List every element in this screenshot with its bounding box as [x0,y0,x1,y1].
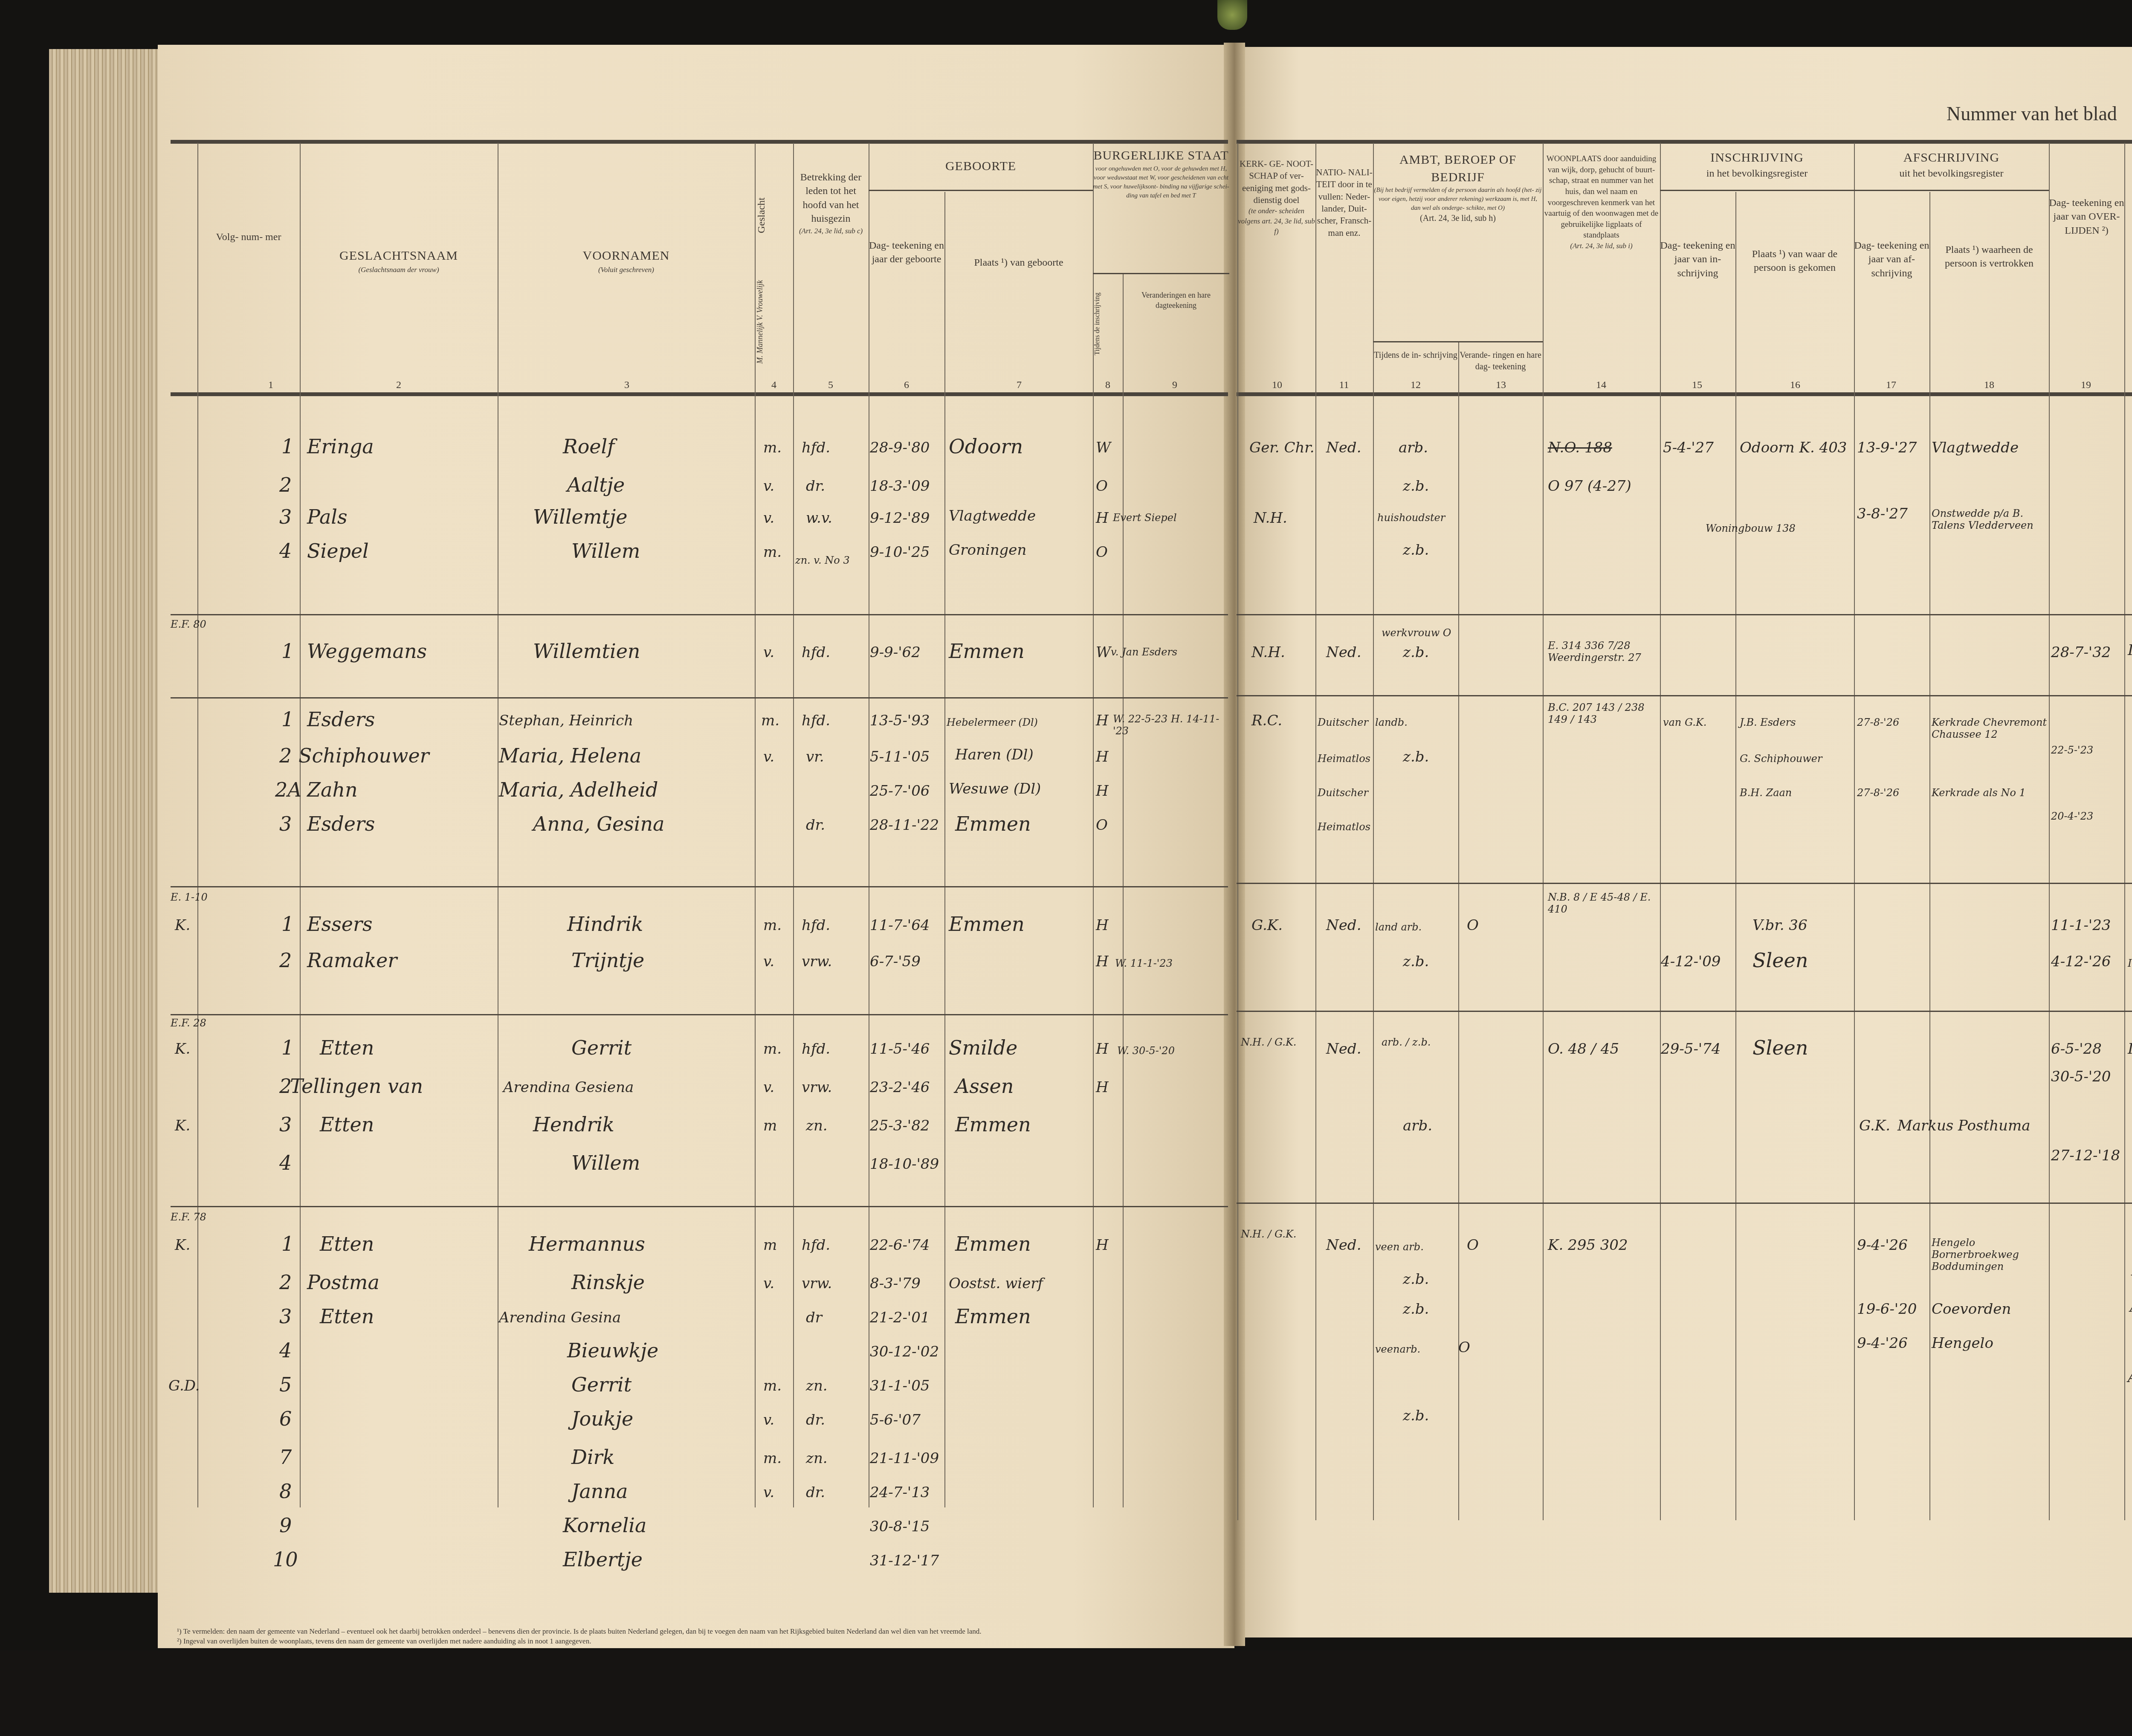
background [0,1650,2132,1736]
sex: v. [763,644,774,661]
household-reference: E.F. 28 [171,1017,206,1029]
relation: zn. [806,1450,828,1467]
birth-date: 23-2-'46 [870,1079,930,1096]
header-ambt: AMBT, BEROEP OF BEDRIJF(Bij het bedrijf … [1373,151,1543,224]
given-names: Stephan, Heinrich [499,712,633,729]
sex: v. [763,478,774,495]
bookmark-ribbon [1217,0,1247,30]
destination-place: Onstwedde p/a B. Talens Vledderveen [1932,507,2051,531]
birth-place: Wesuwe (Dl) [949,780,1041,797]
sheet-number-label: Nummer van het blad [1947,102,2117,125]
colnum-5: 5 [818,380,843,391]
right-page [1234,47,2132,1637]
entry-number: 2 [279,949,292,972]
sex: m. [763,1450,782,1467]
entry-mark: K. [175,917,190,934]
origin-place: V.br. 36 [1753,917,1808,934]
destination-place: Hengelo Bornerbroekweg Boddumingen [1932,1237,2051,1272]
civil-status: H [1096,953,1109,970]
surname: Pals [307,505,348,528]
birth-date: 21-11-'09 [870,1450,939,1467]
sex: m. [763,439,782,456]
civil-status: W [1096,439,1111,456]
entry-number: 1 [281,435,294,458]
colnum-12: 12 [1403,380,1428,391]
address: N.B. 8 / E 45-48 / E. 410 [1548,891,1659,915]
civil-status-change: W. 11-1-'23 [1115,957,1173,969]
relation: hfd. [802,712,830,729]
nationality: Ned. [1326,917,1361,934]
given-names: Kornelia [563,1514,647,1537]
header-inschrijving: INSCHRIJVINGin het bevolkingsregister [1660,149,1854,180]
entry-number: 2 [279,473,292,496]
entry-number: 4 [279,1339,292,1362]
birth-date: 31-1-'05 [870,1377,930,1394]
birth-date: 25-3-'82 [870,1117,930,1134]
col-line [869,143,869,1507]
birth-place: Assen [955,1075,1014,1098]
relation: hfd. [802,917,830,934]
given-names: Willem [571,1151,640,1174]
given-names: Willem [571,539,640,562]
origin-place: J.B. Esders [1740,716,1796,728]
household-reference: E.F. 80 [171,618,206,630]
household-divider [171,1206,1228,1207]
death-date: 20-4-'23 [2051,810,2093,822]
relation: w.v. [806,510,832,527]
entry-number: 3 [279,812,292,835]
nationality: Ned. [1326,1040,1361,1058]
surname: Essers [307,913,373,936]
remarks: I.N.V. " [2128,957,2132,969]
colnum-4: 4 [761,380,787,391]
surname: Ramaker [307,949,397,972]
header-col-9: Veranderingen en hare dagteekening [1123,290,1229,311]
nationality: Ned. [1326,644,1361,661]
address: O. 48 / 45 [1548,1040,1619,1058]
death-date: 11-1-'23 [2051,917,2111,934]
entry-number: 5 [279,1373,292,1396]
nationality: Heimatlos [1318,821,1370,833]
colnum-14: 14 [1588,380,1614,391]
household-divider [1237,1203,2132,1204]
deregistration-date: G.K. [1859,1117,1890,1134]
header-col-10: KERK- GE- NOOT- SCHAP of ver- eeniging m… [1237,158,1315,237]
birth-place: Emmen [949,640,1025,663]
household-divider [171,1014,1228,1015]
civil-status-change: W. 22-5-23 H. 14-11-'23 [1113,713,1228,737]
church: R.C. [1251,712,1282,729]
church: N.H. [1254,510,1287,527]
household-divider [1237,695,2132,696]
birth-date: 11-7-'64 [870,917,930,934]
footnote-2: ²) Ingeval van overlijden buiten de woon… [177,1637,987,1646]
colnum-15: 15 [1684,380,1710,391]
household-reference: E. 1-10 [171,891,208,903]
surname: Zahn [307,778,358,801]
birth-date: 13-5-'93 [870,712,930,729]
header-bottom-rule [171,392,1228,396]
entry-number: 2 [279,1271,292,1294]
occupation: z.b. [1403,478,1429,495]
header-col-2: GESLACHTSNAAM(Geslachtsnaam der vrouw) [300,247,498,275]
sex: v. [763,953,774,970]
col-line [1854,143,1855,1520]
colnum-18: 18 [1976,380,2002,391]
household-divider [1237,883,2132,884]
destination-place: Kerkrade als No 1 [1932,787,2026,799]
given-names: Willemtje [533,505,627,528]
address: E. 314 336 7/28 Weerdingerstr. 27 [1548,640,1659,664]
origin-place: G. Schiphouwer [1740,753,1822,765]
civil-status: O [1096,478,1108,495]
col-line [944,192,945,1507]
birth-date: 30-12-'02 [870,1343,939,1360]
header-geboorte: GEBOORTE [869,158,1093,175]
col-line [2124,143,2125,1520]
occupation: veenarb. [1375,1343,1420,1355]
given-names: Hermannus [529,1232,645,1255]
header-top-rule [171,140,1228,144]
col-line [1315,143,1316,1520]
entry-number: 1 [281,1232,294,1255]
entry-mark: K. [175,1117,190,1134]
col-line [1929,192,1930,1520]
occupation: z.b. [1403,1407,1429,1424]
occupation: arb. [1399,439,1428,456]
header-col-7: Plaats ¹) van geboorte [944,256,1093,270]
deregistration-date: 19-6-'20 [1857,1301,1917,1318]
occupation: arb. / z.b. [1382,1036,1431,1048]
church: Ger. Chr. [1249,439,1315,456]
nationality: Heimatlos [1318,753,1370,765]
surname: Etten [320,1232,374,1255]
relation: hfd. [802,1237,830,1254]
colnum-2: 2 [386,380,411,391]
birth-date: 8-3-'79 [870,1275,921,1292]
origin-place: Sleen [1753,1036,1808,1059]
civil-status-change: Evert Siepel [1113,512,1177,524]
col-line [197,143,198,1507]
birth-date: 28-11-'22 [870,817,939,834]
book-page-edges [49,49,160,1593]
surname: Etten [320,1036,374,1059]
group-rule [1660,190,1854,191]
group-rule [1093,273,1229,274]
household-divider [171,614,1228,615]
given-names: Joukje [571,1407,633,1430]
civil-status: O [1096,817,1108,834]
destination-place: Markus Posthuma [1897,1117,2030,1134]
colnum-10: 10 [1264,380,1290,391]
birth-date: 30-8-'15 [870,1518,930,1535]
civil-status-change: W. 30-5-'20 [1117,1045,1175,1057]
given-names: Arendina Gesina [499,1309,621,1326]
birth-place: Emmen [955,1113,1031,1136]
registration-date: 5-4-'27 [1663,439,1714,456]
nationality: Duitscher [1318,787,1368,799]
sex: m. [763,917,782,934]
civil-status: O [1096,544,1108,561]
birth-date: 21-2-'01 [870,1309,930,1326]
death-date: 22-5-'23 [2051,744,2093,756]
death-date: 6-5-'28 [2051,1040,2102,1058]
entry-number: 1 [281,1036,294,1059]
col-line [1735,192,1736,1520]
birth-place: Haren (Dl) [955,746,1034,763]
entry-number: 1 [281,913,294,936]
birth-date: 25-7-'06 [870,783,930,800]
church: N.H. / G.K. [1241,1228,1297,1240]
sex: v. [763,1275,774,1292]
relation: dr [806,1309,822,1326]
col-line [793,143,794,1507]
relation: vrw. [802,953,832,970]
birth-place: Odoorn [949,435,1023,458]
household-divider [171,697,1228,698]
given-names: Trijntje [571,949,644,972]
surname: Tellingen van [277,1075,423,1098]
relation: zn. [806,1117,828,1134]
civil-status: H [1096,510,1109,527]
given-names: Willemtien [533,640,640,663]
surname: Etten [320,1305,374,1328]
birth-place: Emmen [955,1305,1031,1328]
header-col-13: Verande- ringen en hare dag- teekening [1458,350,1543,373]
birth-place: Smilde [949,1036,1017,1059]
deregistration-date: 27-8-'26 [1857,787,1899,799]
sex: m. [763,1040,782,1058]
colnum-1: 1 [258,380,284,391]
birth-place: Hebelermeer (Dl) [947,716,1038,728]
book-gutter [1224,43,1245,1646]
deregistration-date: 9-4-'26 [1857,1335,1908,1352]
birth-place: Emmen [955,812,1031,835]
deregistration-date: 13-9-'27 [1857,439,1917,456]
header-col-20: AAN- MERKINGEN(Art. 24, 5e lid) [2124,226,2132,257]
household-divider [1237,1011,2132,1012]
relation: hfd. [802,1040,830,1058]
civil-status-change: v. Jan Esders [1111,646,1177,658]
birth-date: 6-7-'59 [870,953,921,970]
household-reference: E.F. 78 [171,1211,206,1223]
surname: Siepel [307,539,369,562]
death-date: 4-12-'26 [2051,953,2111,970]
header-col-15: Dag- teekening en jaar van in- schrijvin… [1660,239,1735,280]
church: G.K. [1251,917,1283,934]
header-col-18: Plaats ¹) waarheen de persoon is vertrok… [1929,243,2049,271]
destination-place: Kerkrade Chevremont Chaussee 12 [1932,716,2051,740]
registration-date: 29-5-'74 [1661,1040,1721,1058]
group-rule [1373,341,1543,342]
occupation: z.b. [1403,542,1429,559]
header-col-14: WOONPLAATS door aanduiding van wijk, dor… [1543,154,1660,251]
relation: hfd. [802,644,830,661]
nationality: Ned. [1326,439,1361,456]
civil-status: H [1096,917,1109,934]
nationality: Duitscher [1318,716,1368,728]
header-afschrijving: AFSCHRIJVINGuit het bevolkingsregister [1854,149,2049,180]
remarks: I.N.V. Acc [2128,1040,2132,1058]
entry-mark: K. [175,1040,190,1058]
remarks: A.K. " [2128,1369,2132,1386]
entry-number: 1 [281,640,294,663]
surname: Eringa [307,435,374,458]
origin-place: B.H. Zaan [1740,787,1792,799]
entry-number: 6 [279,1407,292,1430]
birth-date: 9-12-'89 [870,510,930,527]
relation: zn. [806,1377,828,1394]
entry-number: 8 [279,1480,292,1503]
sex: m. [763,544,782,561]
death-date: 30-5-'20 [2051,1068,2111,1085]
given-names: Gerrit [571,1036,631,1059]
relation: vrw. [802,1275,832,1292]
civil-status: H [1096,712,1109,729]
occupation: land arb. [1375,921,1422,933]
birth-place: Oostst. wierf [949,1275,1043,1292]
birth-date: 18-10-'89 [870,1156,939,1173]
entry-number: 4 [279,1151,292,1174]
address: K. 295 302 [1548,1237,1628,1254]
occupation: z.b. [1403,644,1429,661]
footnote-1: ¹) Te vermelden: den naam der gemeente v… [177,1627,987,1637]
civil-status: H [1096,748,1109,765]
entry-number: 3 [279,1113,292,1136]
birth-date: 31-12-'17 [870,1552,939,1569]
deregistration-date: 27-8-'26 [1857,716,1899,728]
address: B.C. 207 143 / 238 149 / 143 [1548,701,1659,725]
church: N.H. / G.K. [1241,1036,1297,1048]
occupation: z.b. [1403,748,1429,765]
nationality: Ned. [1326,1237,1361,1254]
birth-date: 9-9-'62 [870,644,921,661]
entry-number: 7 [279,1446,292,1469]
civil-status: H [1096,1079,1109,1096]
group-rule [1854,190,2049,191]
header-col-1: Volg- num- mer [197,230,300,244]
relation: dr. [806,478,825,495]
origin-place: Woningbouw 138 [1706,522,1796,534]
sex: v. [763,1411,774,1429]
civil-status: H [1096,1237,1109,1254]
header-col-17: Dag- teekening en jaar van af- schrijvin… [1854,239,1929,280]
entry-number: 2 [279,744,292,767]
given-names: Roelf [563,435,614,458]
header-col-6: Dag- teekening en jaar der geboorte [869,239,944,267]
relation: vrw. [802,1079,832,1096]
colnum-11: 11 [1331,380,1357,391]
birth-place: Emmen [955,1232,1031,1255]
sex: v. [763,510,774,527]
birth-date: 5-11-'05 [870,748,930,765]
destination-place: Hengelo [1932,1335,1993,1352]
address: O 97 (4-27) [1548,478,1631,495]
relation: hfd. [802,439,830,456]
occupation: z.b. [1403,1271,1429,1288]
header-col-4-sub: M. Mannelijk V. Vrouwelijk [755,273,793,371]
birth-date: 18-3-'09 [870,478,930,495]
surname: Esders [307,708,375,731]
colnum-6: 6 [894,380,919,391]
destination-place: Coevorden [1932,1301,2011,1318]
colnum-9: 9 [1162,380,1188,391]
household-divider [171,886,1228,887]
deregistration-date: 9-4-'26 [1857,1237,1908,1254]
given-names: Rinskje [571,1271,645,1294]
entry-number: 1 [281,708,294,731]
col-line [2049,143,2050,1520]
col-line [1237,143,1238,1520]
header-bottom-rule-right [1237,392,2132,396]
origin-place: Odoorn K. 403 [1740,439,1847,456]
remarks: I.N.V. Acc [2128,642,2132,659]
origin-place: Sleen [1753,949,1808,972]
col-line [300,143,301,1507]
header-col-11: NATIO- NALI- TEIT door in te vullen: Ned… [1315,166,1373,239]
given-names: Hindrik [567,913,643,936]
occupation: z.b. [1403,1301,1429,1318]
colnum-13: 13 [1488,380,1514,391]
entry-number: 10 [273,1548,298,1571]
header-burgerlijke-staat: BURGERLIJKE STAATvoor ongehuwden met O, … [1093,147,1229,200]
birth-date: 22-6-'74 [870,1237,930,1254]
col-line [1543,143,1544,1520]
civil-status: H [1096,1040,1109,1058]
occupation: landb. [1375,716,1408,728]
given-names: Maria, Helena [499,744,641,767]
destination-place: Vlagtwedde [1932,439,2019,456]
sex: m [763,1117,777,1134]
civil-status: W [1096,644,1111,661]
address: N.O. 188 [1548,439,1612,456]
header-col-8: Tijdens de inschrijving [1093,281,1123,367]
surname: Schiphouwer [298,744,429,767]
given-names: Elbertje [563,1548,643,1571]
occupation-change: O [1467,917,1479,934]
remarks: A.R.B.K. " [2130,1298,2132,1316]
occupation: arb. [1403,1117,1432,1134]
colnum-17: 17 [1878,380,1904,391]
birth-date: 5-6-'07 [870,1411,921,1429]
occupation-change: O [1458,1339,1470,1356]
header-col-4: Geslacht [755,166,793,264]
surname: Etten [320,1113,374,1136]
col-line [1123,273,1124,1507]
sex: v. [763,748,774,765]
occupation-change: werkvrouw O [1382,627,1451,639]
header-col-12: Tijdens de in- schrijving [1373,350,1458,361]
given-names: Arendina Gesiena [503,1079,634,1096]
header-col-5: Betrekking der leden tot het hoofd van h… [793,171,869,236]
given-names: Janna [571,1480,628,1503]
surname: Esders [307,812,375,835]
given-names: Bieuwkje [567,1339,658,1362]
col-line [1660,143,1661,1520]
left-page [158,45,1234,1648]
surname: Weggemans [307,640,427,663]
entry-mark: K. [175,1237,190,1254]
header-col-16: Plaats ¹) van waar de persoon is gekomen [1735,247,1854,275]
surname: Postma [307,1271,379,1294]
birth-date: 24-7-'13 [870,1484,930,1501]
entry-mark: G.D. [168,1377,200,1394]
given-names: Gerrit [571,1373,631,1396]
given-names: Hendrik [533,1113,614,1136]
entry-number: 4 [279,539,292,562]
header-top-rule-right [1237,140,2132,144]
sex: v. [763,1484,774,1501]
